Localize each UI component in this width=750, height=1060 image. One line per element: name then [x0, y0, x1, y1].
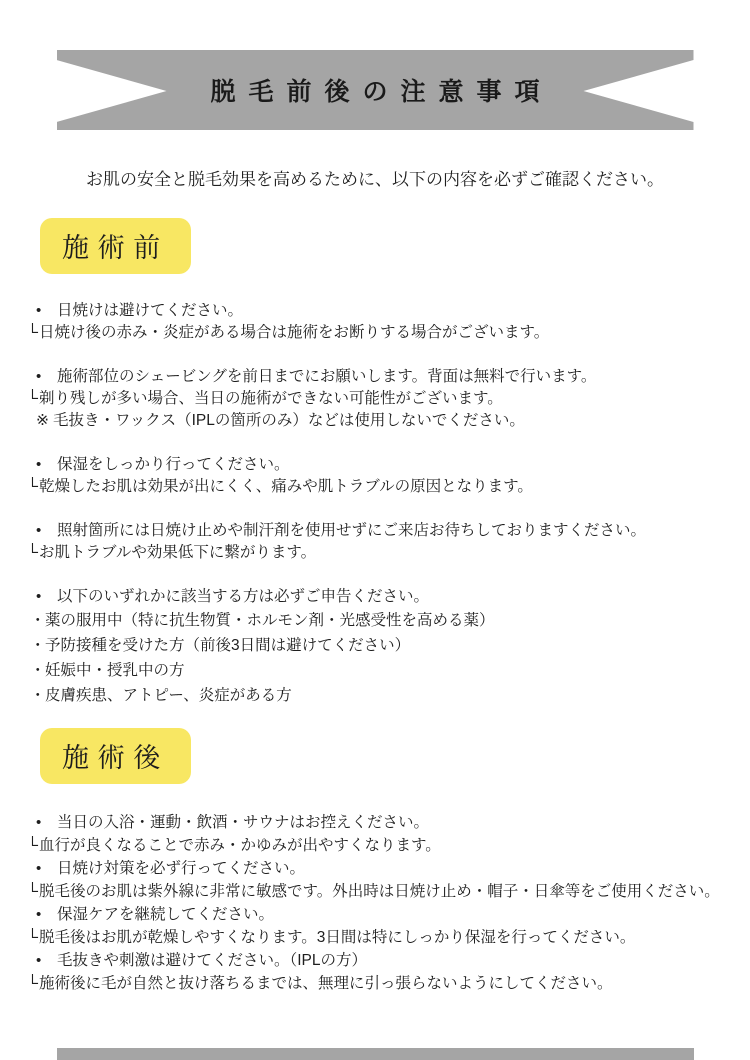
list-subitem: └ 施術後に毛が自然と抜け落ちるまでは、無理に引っ張らないようにしてください。 [22, 972, 744, 995]
list-group: • 施術部位のシェービングを前日までにお願いします。背面は無料で行います。 └ … [22, 366, 744, 432]
dot-icon: ・ [30, 658, 45, 683]
list-item: • 日焼けは避けてください。 [22, 300, 744, 322]
list-item: • 保湿をしっかり行ってください。 [22, 454, 744, 476]
list-item-text: 保湿をしっかり行ってください。 [57, 454, 290, 476]
notice-document: 脱毛前後の注意事項 お肌の安全と脱毛効果を高めるために、以下の内容を必ずご確認く… [0, 0, 750, 1060]
reference-mark-icon: ※ [36, 410, 53, 432]
list-subitem: └ 剃り残しが多い場合、当日の施術ができない可能性がございます。 [22, 388, 744, 410]
list-subitem-text: お肌トラブルや効果低下に繋がります。 [39, 542, 316, 564]
section-heading-after: 施術後 [40, 728, 191, 784]
list-subitem: └ 日焼け後の赤み・炎症がある場合は施術をお断りする場合がございます。 [22, 322, 744, 344]
list-dot-item-text: 妊娠中・授乳中の方 [45, 658, 185, 683]
list-item-text: 施術部位のシェービングを前日までにお願いします。背面は無料で行います。 [57, 366, 596, 388]
list-item: • 照射箇所には日焼け止めや制汗剤を使用せずにご来店お待ちしておりますください。 [22, 520, 744, 542]
title-ribbon: 脱毛前後の注意事項 [57, 50, 694, 130]
list-dot-item-text: 皮膚疾患、アトピー、炎症がある方 [45, 683, 292, 708]
list-group: • 照射箇所には日焼け止めや制汗剤を使用せずにご来店お待ちしておりますください。… [22, 520, 744, 564]
list-subitem: └ 乾燥したお肌は効果が出にくく、痛みや肌トラブルの原因となります。 [22, 476, 744, 498]
list-group: • 日焼け対策を必ず行ってください。 └ 脱毛後のお肌は紫外線に非常に敏感です。… [22, 857, 744, 903]
corner-icon: └ [27, 542, 39, 564]
page-title: 脱毛前後の注意事項 [197, 72, 552, 108]
list-subitem: └ 脱毛後はお肌が乾燥しやすくなります。3日間は特にしっかり保湿を行ってください… [22, 926, 744, 949]
list-subitem-text: 乾燥したお肌は効果が出にくく、痛みや肌トラブルの原因となります。 [39, 476, 533, 498]
list-subitem: └ 血行が良くなることで赤み・かゆみが出やすくなります。 [22, 834, 744, 857]
list-item: • 保湿ケアを継続してください。 [22, 903, 744, 926]
list-item: • 当日の入浴・運動・飲酒・サウナはお控えください。 [22, 811, 744, 834]
before-list: • 日焼けは避けてください。 └ 日焼け後の赤み・炎症がある場合は施術をお断りす… [0, 300, 750, 708]
list-subitem: └ 脱毛後のお肌は紫外線に非常に敏感です。外出時は日焼け止め・帽子・日傘等をご使… [22, 880, 744, 903]
list-dot-item-text: 薬の服用中（特に抗生物質・ホルモン剤・光感受性を高める薬） [45, 608, 495, 633]
corner-icon: └ [27, 972, 39, 995]
bullet-icon: • [36, 903, 57, 926]
corner-icon: └ [27, 880, 39, 903]
list-subitem-text: 日焼け後の赤み・炎症がある場合は施術をお断りする場合がございます。 [39, 322, 549, 344]
list-dot-item: ・ 薬の服用中（特に抗生物質・ホルモン剤・光感受性を高める薬） [22, 608, 744, 633]
list-subitem-text: 剃り残しが多い場合、当日の施術ができない可能性がございます。 [39, 388, 503, 410]
bullet-icon: • [36, 857, 57, 880]
list-subitem: └ お肌トラブルや効果低下に繋がります。 [22, 542, 744, 564]
list-item: • 以下のいずれかに該当する方は必ずご申告ください。 [22, 586, 744, 608]
dot-icon: ・ [30, 683, 45, 708]
dot-icon: ・ [30, 608, 45, 633]
list-group: • 保湿ケアを継続してください。 └ 脱毛後はお肌が乾燥しやすくなります。3日間… [22, 903, 744, 949]
section-heading-before: 施術前 [40, 218, 191, 274]
list-item-text: 照射箇所には日焼け止めや制汗剤を使用せずにご来店お待ちしておりますください。 [57, 520, 646, 542]
list-subitem-text: 施術後に毛が自然と抜け落ちるまでは、無理に引っ張らないようにしてください。 [39, 972, 613, 995]
list-note-text: 毛抜き・ワックス（IPLの箇所のみ）などは使用しないでください。 [53, 410, 525, 432]
bullet-icon: • [36, 949, 57, 972]
dot-icon: ・ [30, 633, 45, 658]
bullet-icon: • [36, 454, 57, 476]
corner-icon: └ [27, 834, 39, 857]
list-item-text: 日焼けは避けてください。 [57, 300, 243, 322]
list-group: • 毛抜きや刺激は避けてください。（IPLの方） └ 施術後に毛が自然と抜け落ち… [22, 949, 744, 995]
list-dot-item: ・ 予防接種を受けた方（前後3日間は避けてください） [22, 633, 744, 658]
list-dot-item: ・ 皮膚疾患、アトピー、炎症がある方 [22, 683, 744, 708]
after-list: • 当日の入浴・運動・飲酒・サウナはお控えください。 └ 血行が良くなることで赤… [0, 811, 750, 995]
list-item-text: 以下のいずれかに該当する方は必ずご申告ください。 [57, 586, 429, 608]
bullet-icon: • [36, 300, 57, 322]
list-group: • 当日の入浴・運動・飲酒・サウナはお控えください。 └ 血行が良くなることで赤… [22, 811, 744, 857]
list-note: ※ 毛抜き・ワックス（IPLの箇所のみ）などは使用しないでください。 [22, 410, 744, 432]
list-item: • 施術部位のシェービングを前日までにお願いします。背面は無料で行います。 [22, 366, 744, 388]
list-item-text: 当日の入浴・運動・飲酒・サウナはお控えください。 [57, 811, 429, 834]
bullet-icon: • [36, 586, 57, 608]
intro-text: お肌の安全と脱毛効果を高めるために、以下の内容を必ずご確認ください。 [0, 168, 750, 192]
corner-icon: └ [27, 322, 39, 344]
corner-icon: └ [27, 476, 39, 498]
list-group: • 保湿をしっかり行ってください。 └ 乾燥したお肌は効果が出にくく、痛みや肌ト… [22, 454, 744, 498]
list-group: • 以下のいずれかに該当する方は必ずご申告ください。 ・ 薬の服用中（特に抗生物… [22, 586, 744, 708]
list-item: • 日焼け対策を必ず行ってください。 [22, 857, 744, 880]
list-item: • 毛抜きや刺激は避けてください。（IPLの方） [22, 949, 744, 972]
list-subitem-text: 脱毛後のお肌は紫外線に非常に敏感です。外出時は日焼け止め・帽子・日傘等をご使用く… [39, 880, 720, 903]
list-dot-item-text: 予防接種を受けた方（前後3日間は避けてください） [45, 633, 410, 658]
list-subitem-text: 脱毛後はお肌が乾燥しやすくなります。3日間は特にしっかり保湿を行ってください。 [39, 926, 635, 949]
list-group: • 日焼けは避けてください。 └ 日焼け後の赤み・炎症がある場合は施術をお断りす… [22, 300, 744, 344]
list-item-text: 毛抜きや刺激は避けてください。（IPLの方） [57, 949, 367, 972]
bullet-icon: • [36, 811, 57, 834]
list-item-text: 保湿ケアを継続してください。 [57, 903, 274, 926]
list-item-text: 日焼け対策を必ず行ってください。 [57, 857, 305, 880]
corner-icon: └ [27, 388, 39, 410]
list-subitem-text: 血行が良くなることで赤み・かゆみが出やすくなります。 [39, 834, 441, 857]
list-dot-item: ・ 妊娠中・授乳中の方 [22, 658, 744, 683]
bullet-icon: • [36, 366, 57, 388]
bottom-ribbon-bar [57, 1048, 694, 1060]
bullet-icon: • [36, 520, 57, 542]
corner-icon: └ [27, 926, 39, 949]
